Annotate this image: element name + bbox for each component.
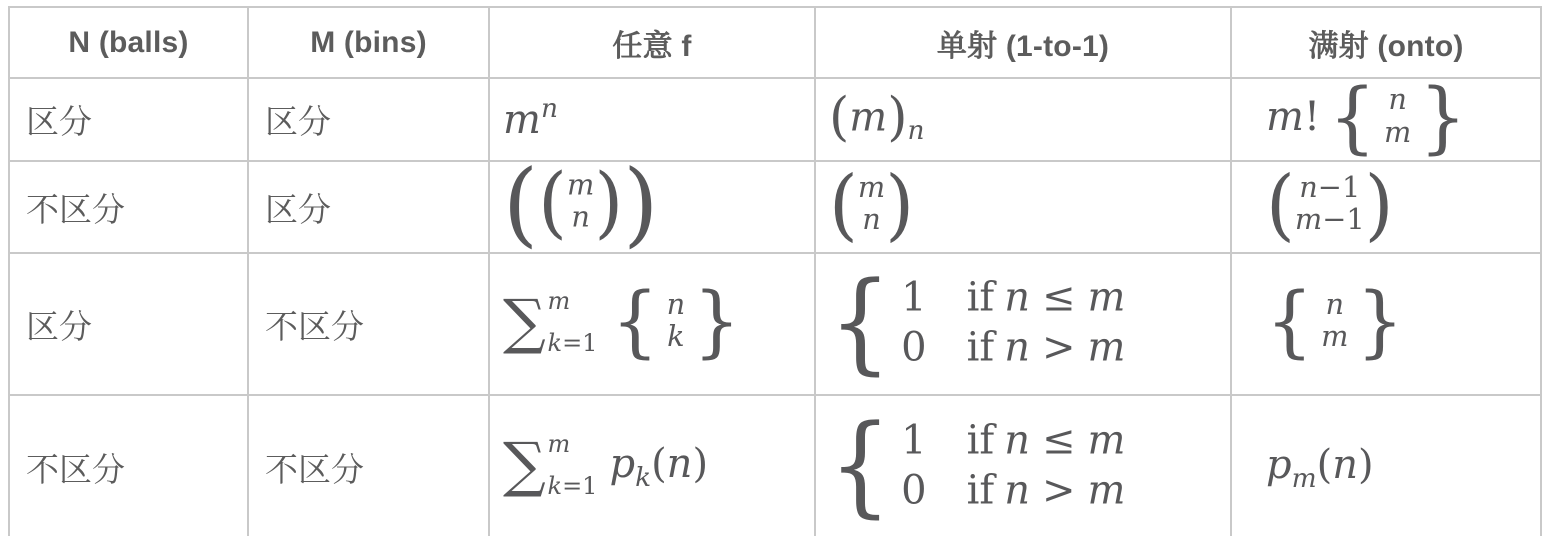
math-symbol: if xyxy=(967,417,995,463)
cell-surjective-formula: pm(n) xyxy=(1231,395,1541,536)
cell-surjective-formula: m!{nm} xyxy=(1231,78,1541,161)
close-delimiter: ) xyxy=(623,161,658,251)
math-symbol: n xyxy=(908,115,925,146)
math-symbol: n xyxy=(541,93,558,124)
math-sequence: (m)n xyxy=(829,94,925,140)
header-row: N (balls) M (bins) 任意 f 单射 (1-to-1) 满射 (… xyxy=(9,7,1541,78)
math-symbol: = xyxy=(562,329,582,357)
math-symbol: 1 xyxy=(582,329,597,357)
math-symbol: n xyxy=(667,288,686,320)
math-symbol: k xyxy=(667,320,684,352)
close-delimiter: ) xyxy=(594,163,623,241)
math-symbol: ( xyxy=(1317,442,1333,488)
math-stack: mn xyxy=(858,171,885,236)
math-symbol: if xyxy=(967,468,995,514)
math-symbol: n xyxy=(667,441,693,487)
math-symbol: m xyxy=(548,432,598,456)
math-sequence: 0ifn>m xyxy=(901,325,1125,371)
math-symbol: p xyxy=(609,441,635,487)
math-symbol: − xyxy=(1318,170,1342,204)
cases-rows: 1ifn≤m0ifn>m xyxy=(901,419,1125,512)
math-sequence: m−1 xyxy=(1295,203,1365,235)
close-delimiter: } xyxy=(1419,78,1466,156)
column-header-surjective: 满射 (onto) xyxy=(1231,7,1541,78)
math-symbol: m xyxy=(548,289,598,313)
math-symbol: m xyxy=(1292,463,1317,494)
math-symbol: m xyxy=(503,97,541,143)
math-symbol: ) xyxy=(692,441,708,487)
math-symbol: n xyxy=(1004,274,1030,320)
cell-injective-formula: {1ifn≤m0ifn>m xyxy=(815,395,1231,536)
table-row: 不区分 区分 ((mn)) (mn) (n−1m−1) xyxy=(9,161,1541,253)
math-symbol: n xyxy=(1332,442,1358,488)
column-header-n-balls: N (balls) xyxy=(9,7,248,78)
math-symbol: n xyxy=(1326,288,1345,320)
math-symbol: 1 xyxy=(901,274,926,320)
math-symbol: n xyxy=(571,200,590,232)
math-symbol: ! xyxy=(1304,94,1320,140)
math-symbol: = xyxy=(562,472,582,500)
math-sequence: 1ifn≤m xyxy=(901,417,1125,463)
open-delimiter: { xyxy=(1266,283,1313,361)
math-symbol: k xyxy=(548,329,563,357)
math-symbol: m xyxy=(1088,274,1126,320)
math-subscript: n xyxy=(908,115,925,146)
math-symbol: 1 xyxy=(901,417,926,463)
open-delimiter: ( xyxy=(829,92,849,144)
close-delimiter: } xyxy=(693,283,740,361)
math-symbol: n xyxy=(1004,417,1030,463)
cell-any-f-formula: mn xyxy=(489,78,815,161)
cell-any-f-formula: ∑mk=1{nk} xyxy=(489,253,815,395)
open-delimiter: ( xyxy=(538,163,567,241)
math-subscript: m xyxy=(1292,463,1317,494)
math-stack: n−1m−1 xyxy=(1295,171,1365,236)
math-stack: nm xyxy=(1321,288,1348,353)
cases-rows: 1ifn≤m0ifn>m xyxy=(901,276,1125,369)
math-symbol: n xyxy=(1004,468,1030,514)
cases-row: 0ifn>m xyxy=(901,327,1125,369)
math-cases: {1ifn≤m0ifn>m xyxy=(829,416,1125,514)
cell-m-type: 不区分 xyxy=(248,253,489,395)
math-symbol: − xyxy=(1322,202,1346,236)
math-sum-with-limits: ∑mk=1 xyxy=(503,289,597,355)
math-symbol: > xyxy=(1042,468,1076,514)
math-symbol: k xyxy=(548,472,563,500)
math-symbol: n xyxy=(862,203,881,235)
sum-limits: mk=1 xyxy=(548,289,598,355)
math-fenced-group: {nm} xyxy=(1329,80,1467,154)
math-fenced-group: (m) xyxy=(829,92,908,144)
open-delimiter: ( xyxy=(503,161,538,251)
math-sequence: k=1 xyxy=(548,474,598,498)
math-fenced-group: (mn) xyxy=(538,165,623,239)
math-sequence: 1ifn≤m xyxy=(901,274,1125,320)
math-fenced-group: (mn) xyxy=(829,168,914,242)
cell-injective-formula: (mn) xyxy=(815,161,1231,253)
math-fenced-group: {nm} xyxy=(1266,285,1404,359)
math-symbol: n xyxy=(1004,325,1030,371)
column-header-any-f: 任意 f xyxy=(489,7,815,78)
math-symbol: n xyxy=(1299,170,1318,204)
open-delimiter: ( xyxy=(829,166,858,244)
math-fenced-group: (n−1m−1) xyxy=(1266,168,1394,242)
math-symbol: m xyxy=(1088,417,1126,463)
cases-row: 0ifn>m xyxy=(901,470,1125,512)
cell-n-type: 不区分 xyxy=(9,161,248,253)
math-stack: mn xyxy=(567,168,594,233)
math-cases: {1ifn≤m0ifn>m xyxy=(829,273,1125,371)
cases-row: 1ifn≤m xyxy=(901,276,1125,318)
math-sequence: ∑mk=1{nk} xyxy=(503,298,740,344)
math-sequence: pm(n) xyxy=(1266,442,1374,488)
table-row: 区分 区分 mn (m)n m!{nm} xyxy=(9,78,1541,161)
math-sequence: mn xyxy=(503,97,558,143)
close-delimiter: ) xyxy=(1365,166,1394,244)
math-symbol: ≤ xyxy=(1042,417,1076,463)
cell-m-type: 不区分 xyxy=(248,395,489,536)
cell-surjective-formula: {nm} xyxy=(1231,253,1541,395)
math-symbol: m xyxy=(1384,115,1411,147)
table-row: 区分 不区分 ∑mk=1{nk} {1ifn≤m0ifn>m {nm} xyxy=(9,253,1541,395)
cell-n-type: 不区分 xyxy=(9,395,248,536)
math-symbol: if xyxy=(967,325,995,371)
math-symbol: m xyxy=(858,171,885,203)
math-symbol: 1 xyxy=(1342,170,1360,204)
cell-n-type: 区分 xyxy=(9,78,248,161)
cell-n-type: 区分 xyxy=(9,253,248,395)
cell-injective-formula: (m)n xyxy=(815,78,1231,161)
math-symbol: ( xyxy=(651,441,667,487)
cell-m-type: 区分 xyxy=(248,161,489,253)
column-header-injective: 单射 (1-to-1) xyxy=(815,7,1231,78)
sigma-symbol: ∑ xyxy=(503,294,546,351)
math-symbol: k xyxy=(635,462,651,493)
cell-any-f-formula: ((mn)) xyxy=(489,161,815,253)
math-symbol: n xyxy=(1388,83,1407,115)
open-delimiter: ( xyxy=(1266,166,1295,244)
open-delimiter: { xyxy=(611,283,658,361)
math-symbol: m xyxy=(567,168,594,200)
math-symbol: > xyxy=(1042,325,1076,371)
math-sequence: ∑mk=1pk(n) xyxy=(503,441,708,487)
math-symbol: m xyxy=(1295,202,1322,236)
math-sum-with-limits: ∑mk=1 xyxy=(503,432,597,498)
math-sequence: k=1 xyxy=(548,331,598,355)
table-row: 不区分 不区分 ∑mk=1pk(n) {1ifn≤m0ifn>m pm(n) xyxy=(9,395,1541,536)
math-symbol: if xyxy=(967,274,995,320)
sigma-symbol: ∑ xyxy=(503,437,546,494)
cases-brace: { xyxy=(829,268,891,378)
cases-brace: { xyxy=(829,411,891,521)
math-symbol: m xyxy=(1321,320,1348,352)
math-symbol: m xyxy=(1088,468,1126,514)
math-symbol: m xyxy=(1088,325,1126,371)
math-subscript: k xyxy=(635,462,651,493)
math-symbol: p xyxy=(1266,442,1292,488)
cell-any-f-formula: ∑mk=1pk(n) xyxy=(489,395,815,536)
math-fenced-group: {nk} xyxy=(611,285,740,359)
twelvefold-way-table: N (balls) M (bins) 任意 f 单射 (1-to-1) 满射 (… xyxy=(8,6,1542,536)
math-sequence: n−1 xyxy=(1299,171,1360,203)
cell-surjective-formula: (n−1m−1) xyxy=(1231,161,1541,253)
math-sequence: 0ifn>m xyxy=(901,468,1125,514)
close-delimiter: ) xyxy=(885,166,914,244)
page: N (balls) M (bins) 任意 f 单射 (1-to-1) 满射 (… xyxy=(0,0,1548,536)
math-stack: nm xyxy=(1384,83,1411,148)
cell-m-type: 区分 xyxy=(248,78,489,161)
close-delimiter: } xyxy=(1357,283,1404,361)
math-superscript: n xyxy=(541,93,558,124)
math-symbol: 1 xyxy=(582,472,597,500)
close-delimiter: ) xyxy=(887,92,907,144)
math-fenced-group: ((mn)) xyxy=(503,161,658,250)
math-symbol: m xyxy=(1266,94,1304,140)
math-symbol: 0 xyxy=(901,325,926,371)
sum-limits: mk=1 xyxy=(548,432,598,498)
column-header-m-bins: M (bins) xyxy=(248,7,489,78)
math-symbol: 0 xyxy=(901,468,926,514)
math-symbol: ≤ xyxy=(1042,274,1076,320)
math-stack: nk xyxy=(667,288,686,353)
math-symbol: ) xyxy=(1358,442,1374,488)
cell-injective-formula: {1ifn≤m0ifn>m xyxy=(815,253,1231,395)
open-delimiter: { xyxy=(1329,78,1376,156)
math-symbol: m xyxy=(849,94,887,142)
math-symbol: 1 xyxy=(1346,202,1364,236)
math-sequence: m!{nm} xyxy=(1266,94,1466,140)
cases-row: 1ifn≤m xyxy=(901,419,1125,461)
